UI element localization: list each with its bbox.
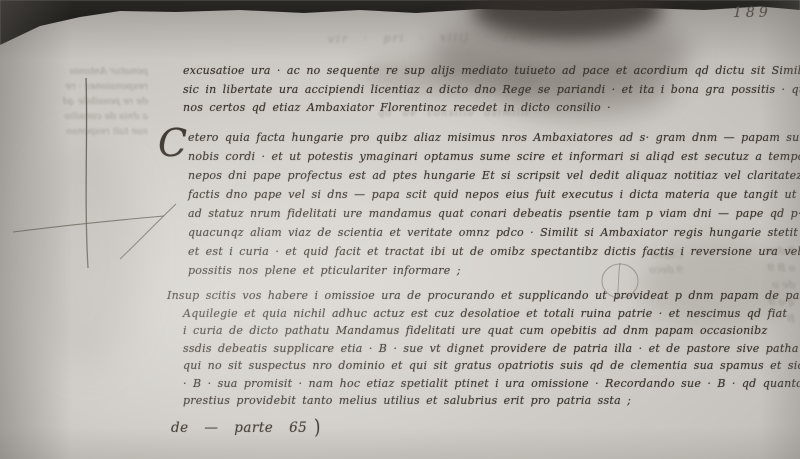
bleedthrough-text: ponatur Antonio <box>16 64 148 79</box>
bleedthrough-text: sue tali responso <box>16 124 148 139</box>
bleedthrough-text: a dnis de consilio <box>16 109 148 124</box>
shade-left-margin <box>30 140 140 370</box>
manuscript-line: nos certos qd etiaz Ambaxiator Florentin… <box>183 99 800 118</box>
manuscript-line: Aquilegie et quia nichil adhuc actuz est… <box>183 305 800 323</box>
manuscript-line: · B · sua promisit · nam hoc etiaz speti… <box>183 375 800 393</box>
bleedthrough-left-margin: ponatur Antonio responsionez · re de re … <box>16 64 148 139</box>
initial-capital-c: C <box>158 124 187 162</box>
manuscript-line: possitis nos plene et pticulariter infor… <box>188 261 800 280</box>
manuscript-photo: vir · pri · xiiij · julij qd de consilio… <box>0 0 800 459</box>
manuscript-line: nepos dni pape profectus est ad ptes hun… <box>188 166 800 185</box>
photo-top-edge <box>0 0 800 50</box>
manuscript-line: excusatioe ura · ac no sequente re sup a… <box>183 62 800 81</box>
manuscript-line: prestius providebit tanto melius utilius… <box>183 392 800 410</box>
bleedthrough-top: vir · pri · xiiij · julij <box>328 27 658 46</box>
vote-tally-text: de — parte 65 <box>171 420 307 436</box>
manuscript-line: et est i curia · et quid facit et tracta… <box>188 242 800 261</box>
folio-number: 189 <box>733 5 772 21</box>
paragraph-2: etero quia facta hungarie pro quibz alia… <box>188 128 800 280</box>
manuscript-line: ad statuz nrum fidelitati ure mandamus q… <box>188 204 800 223</box>
vote-tally: de — parte 65) <box>171 417 321 436</box>
manuscript-line: sic in libertate ura accipiendi licentia… <box>183 81 800 100</box>
manuscript-line: etero quia facta hungarie pro quibz alia… <box>188 128 800 147</box>
bleedthrough-text: responsionez · re <box>16 79 148 94</box>
bleedthrough-text: de re possibile qd <box>16 94 148 109</box>
tally-flourish-mark: ) <box>312 414 323 439</box>
manuscript-line: quacunqz aliam viaz de scientia et verit… <box>188 223 800 242</box>
manuscript-line: qui no sit suspectus nro dominio et qui … <box>183 357 800 375</box>
manuscript-line: i curia de dicto pathatu Mandamus fideli… <box>183 322 800 340</box>
paragraph-3: Insup scitis vos habere i omissioe ura d… <box>183 287 800 410</box>
manuscript-line: nobis cordi · et ut potestis ymaginari o… <box>188 147 800 166</box>
manuscript-line: factis dno pape vel si dns — papa scit q… <box>188 185 800 204</box>
manuscript-line: Insup scitis vos habere i omissioe ura d… <box>167 287 800 305</box>
paragraph-1: excusatioe ura · ac no sequente re sup a… <box>183 62 800 118</box>
manuscript-line: ssdis debeatis supplicare etia · B · sue… <box>183 340 800 358</box>
bleedthrough-text: vir · pri · xiiij · julij <box>328 27 658 46</box>
